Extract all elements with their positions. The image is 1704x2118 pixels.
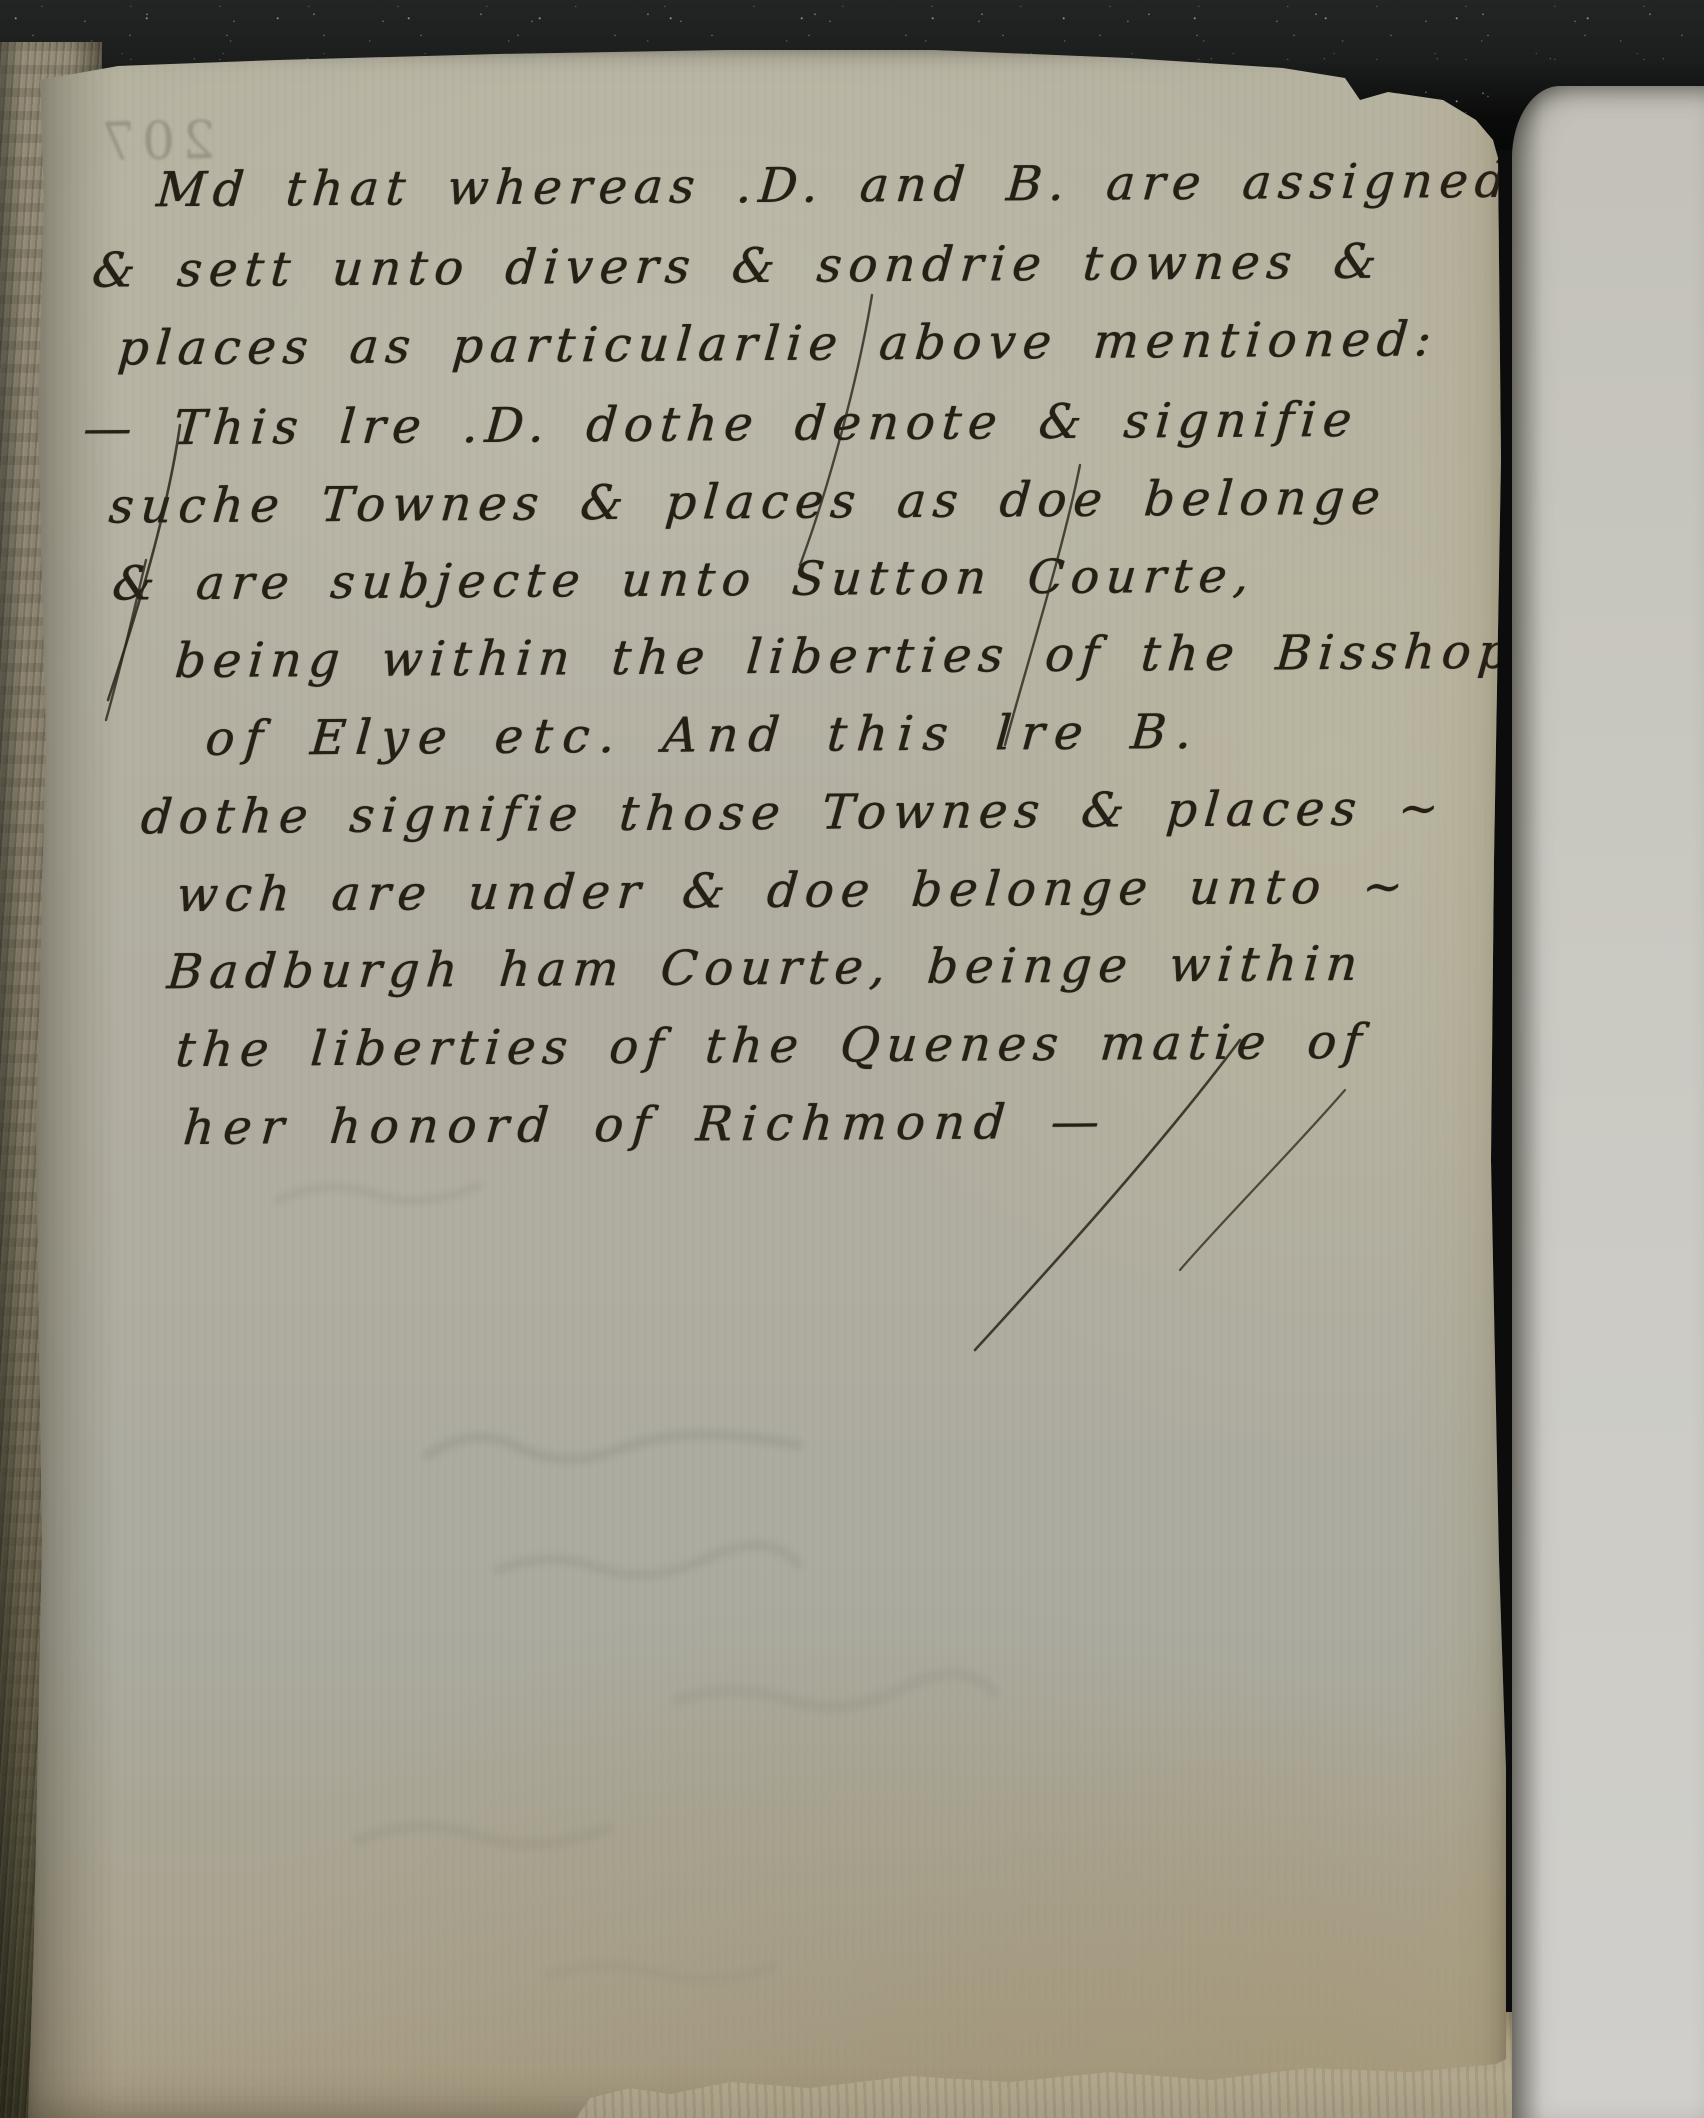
manuscript-line: of Elye etc. And this lre B.	[203, 704, 1203, 767]
manuscript-page: 207 Md that whereas .D. and B. are assig…	[28, 40, 1506, 2118]
manuscript-line: dothe signifie those Townes & places ~	[139, 780, 1448, 845]
manuscript-line: — This lre .D. dothe denote & signifie	[81, 392, 1360, 457]
manuscript-line: places as particularlie above mentioned:	[116, 311, 1440, 376]
manuscript-line: being within the liberties of the Bissho…	[173, 624, 1518, 689]
manuscript-line: the liberties of the Quenes matie of	[174, 1014, 1371, 1078]
manuscript-line: Badburgh ham Courte, beinge within	[165, 936, 1366, 1000]
handwriting-block: Md that whereas .D. and B. are assigned …	[21, 35, 1513, 2118]
manuscript-line: suche Townes & places as doe belonge	[107, 470, 1389, 535]
manuscript-line: & sett unto divers & sondrie townes &	[90, 234, 1385, 299]
facing-page-edge	[1512, 86, 1704, 2118]
manuscript-line: & are subjecte unto Sutton Courte,	[110, 549, 1257, 612]
manuscript-line: her honord of Richmond —	[181, 1094, 1110, 1156]
manuscript-line: Md that whereas .D. and B. are assigned	[155, 153, 1515, 218]
manuscript-line: wch are under & doe belonge unto ~	[174, 858, 1411, 923]
manuscript-photo: 207 Md that whereas .D. and B. are assig…	[0, 0, 1704, 2118]
